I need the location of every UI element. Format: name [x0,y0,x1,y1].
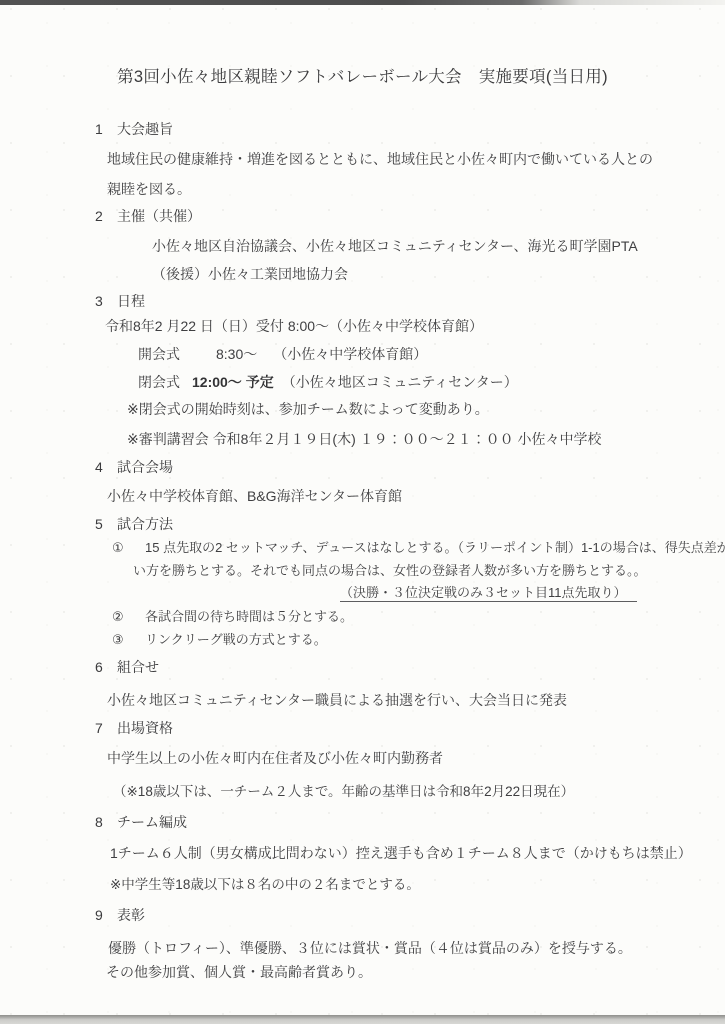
scan-top-edge-artifact [0,0,725,5]
closing-ceremony-venue: （小佐々地区コミュニティセンター） [282,374,518,390]
section-9-number: 9 [95,904,117,926]
section-7-heading: 7出場資格 [0,717,725,739]
page-title: 第3回小佐々地区親睦ソフトバレーボール大会 実施要項(当日用) [0,64,725,90]
section-6-number: 6 [95,656,117,678]
section-9-title: 表彰 [117,907,145,923]
circled-1-marker: ① [112,537,145,559]
section-8-heading: 8チーム編成 [0,811,725,833]
method-item-2-text: 各試合間の待ち時間は５分とする。 [145,609,353,624]
section-9-line-1: 優勝（トロフィー）、準優勝、３位には賞状・賞品（４位は賞品のみ）を授与する。 [0,937,725,959]
scanned-document-page: 第3回小佐々地区親睦ソフトバレーボール大会 実施要項(当日用) 1大会趣旨 地域… [0,0,725,1024]
method-item-1-note-line: （決勝・３位決定戦のみ３セット目11点先取り） [0,582,725,604]
underlined-note: （決勝・３位決定戦のみ３セット目11点先取り） [340,585,637,602]
section-7-line-2: （※18歳以下は、一チーム２人まで。年齢の基準日は令和8年2月22日現在） [0,781,725,803]
section-9-line-2: その他参加賞、個人賞・最高齢者賞あり。 [0,961,725,983]
opening-ceremony-venue: （小佐々中学校体育館） [273,346,427,362]
section-2-heading: 2主催（共催） [0,205,725,227]
section-1-title: 大会趣旨 [117,121,173,137]
section-2-title: 主催（共催） [117,208,201,224]
opening-ceremony-time: 8:30～ [216,346,257,362]
section-2-line-1: 小佐々地区自治協議会、小佐々地区コミュニティセンター、海光る町学園PTA [0,235,725,257]
opening-ceremony-label: 開会式 [138,346,180,362]
schedule-note-1: ※閉会式の開始時刻は、参加チーム数によって変動あり。 [0,398,725,420]
method-item-3-text: リンクリーグ戦の方式とする。 [145,632,327,647]
section-3-heading: 3日程 [0,290,725,312]
circled-2-marker: ② [112,606,145,628]
section-8-line-2: ※中学生等18歳以下は８名の中の２名までとする。 [0,874,725,896]
section-7-number: 7 [95,717,117,739]
section-9-heading: 9表彰 [0,904,725,926]
section-3-number: 3 [95,290,117,312]
section-5-number: 5 [95,513,117,535]
section-6-title: 組合せ [117,659,159,675]
schedule-closing-line: 閉会式12:00～ 予定（小佐々地区コミュニティセンター） [0,371,725,393]
section-4-line-1: 小佐々中学校体育館、B&G海洋センター体育館 [0,485,725,507]
section-1-number: 1 [95,118,117,140]
closing-ceremony-time: 12:00～ 予定 [192,374,274,390]
section-8-title: チーム編成 [117,814,187,830]
section-5-heading: 5試合方法 [0,513,725,535]
closing-ceremony-label: 閉会式 [138,374,180,390]
section-4-title: 試合会場 [117,459,173,475]
method-item-1-line-1: ①15 点先取の2 セットマッチ、デュースはなしとする。（ラリーポイント制）1-… [0,537,725,559]
schedule-note-2: ※審判講習会 令和8年２月１９日(木) １９：００～２１：００ 小佐々中学校 [0,428,725,450]
method-item-2-line: ②各試合間の待ち時間は５分とする。 [0,606,725,628]
schedule-date-line: 令和8年2 月22 日（日）受付 8:00～（小佐々中学校体育館） [0,315,725,337]
section-2-number: 2 [95,205,117,227]
section-8-line-1: 1チーム６人制（男女構成比問わない）控え選手も含め１チーム８人まで（かけもちは禁… [0,842,725,864]
section-3-title: 日程 [117,293,145,309]
section-5-title: 試合方法 [117,516,173,532]
method-item-1-line-2: い方を勝ちとする。それでも同点の場合は、女性の登録者人数が多い方を勝ちとする。。 [0,560,725,582]
section-1-heading: 1大会趣旨 [0,118,725,140]
section-2-line-2: （後援）小佐々工業団地協力会 [0,263,725,285]
section-6-line-1: 小佐々地区コミュニティセンター職員による抽選を行い、大会当日に発表 [0,689,725,711]
section-7-line-1: 中学生以上の小佐々町内在住者及び小佐々町内勤務者 [0,747,725,769]
method-item-1-text: 15 点先取の2 セットマッチ、デュースはなしとする。（ラリーポイント制）1-1… [145,540,725,555]
schedule-opening-line: 開会式8:30～（小佐々中学校体育館） [0,343,725,365]
section-8-number: 8 [95,811,117,833]
section-1-line-1: 地域住民の健康維持・増進を図るとともに、地域住民と小佐々町内で働いている人との [0,148,725,170]
circled-3-marker: ③ [112,629,145,651]
section-4-heading: 4試合会場 [0,456,725,478]
section-6-heading: 6組合せ [0,656,725,678]
section-4-number: 4 [95,456,117,478]
method-item-3-line: ③リンクリーグ戦の方式とする。 [0,629,725,651]
scan-bottom-edge-artifact [0,1015,725,1024]
section-7-title: 出場資格 [117,720,173,736]
section-1-line-2: 親睦を図る。 [0,178,725,200]
